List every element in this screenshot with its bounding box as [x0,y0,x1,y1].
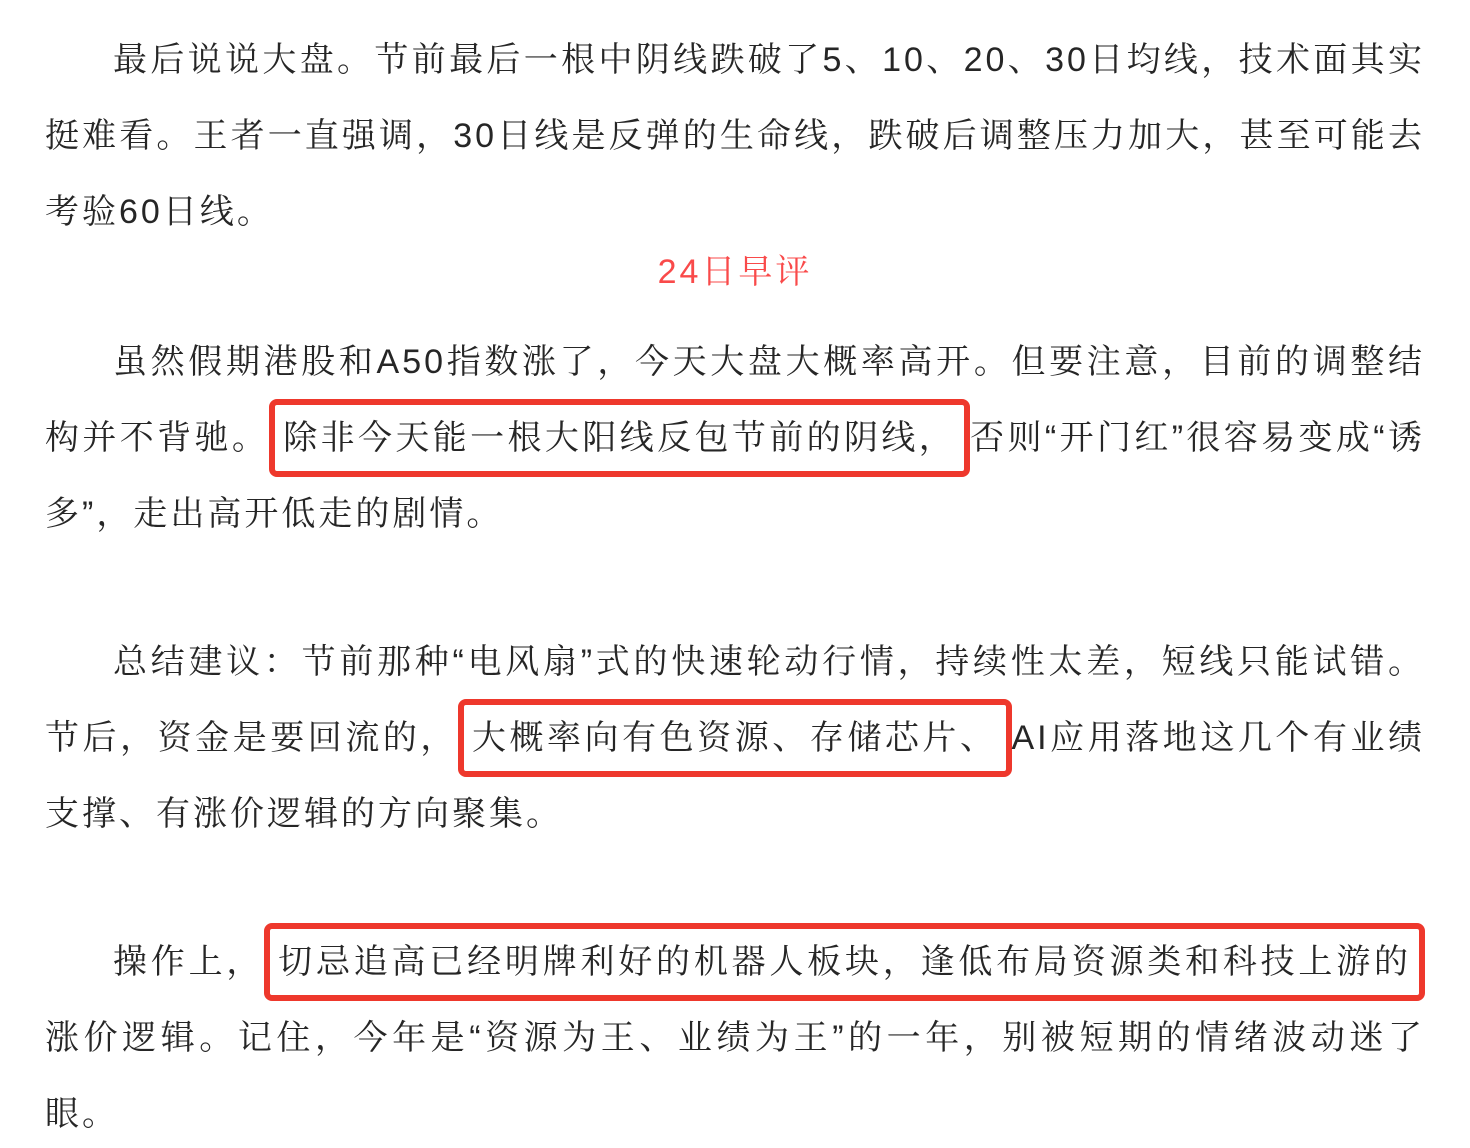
section-heading-text: 24日早评 [658,253,813,291]
paragraph-market-outlook: 虽然假期港股和A50指数涨了，今天大盘大概率高开。但要注意，目前的调整结构并不背… [45,324,1425,552]
section-heading-morning-comment: 24日早评 [45,250,1425,294]
paragraph-operation-strategy: 操作上，切忌追高已经明牌利好的机器人板块，逢低布局资源类和科技上游的涨价逻辑。记… [45,924,1425,1148]
highlight-box-sector-rotation: 大概率向有色资源、存储芯片、 [458,699,1012,777]
highlight-box-yang-line-condition: 除非今天能一根大阳线反包节前的阴线， [269,399,970,477]
paragraph-market-recap-text: 最后说说大盘。节前最后一根中阴线跌破了5、10、20、30日均线，技术面其实挺难… [45,41,1425,231]
operation-text-after-highlight: 涨价逻辑。记住，今年是“资源为王、业绩为王”的一年，别被短期的情绪波动迷了眼。 [45,1019,1425,1133]
article-page: 最后说说大盘。节前最后一根中阴线跌破了5、10、20、30日均线，技术面其实挺难… [0,0,1470,1148]
operation-text-before-highlight: 操作上， [113,943,264,981]
paragraph-summary-advice: 总结建议：节前那种“电风扇”式的快速轮动行情，持续性太差，短线只能试错。节后，资… [45,624,1425,852]
paragraph-market-recap: 最后说说大盘。节前最后一根中阴线跌破了5、10、20、30日均线，技术面其实挺难… [45,22,1425,250]
highlight-box-avoid-chasing-robots: 切忌追高已经明牌利好的机器人板块，逢低布局资源类和科技上游的 [264,923,1425,1001]
